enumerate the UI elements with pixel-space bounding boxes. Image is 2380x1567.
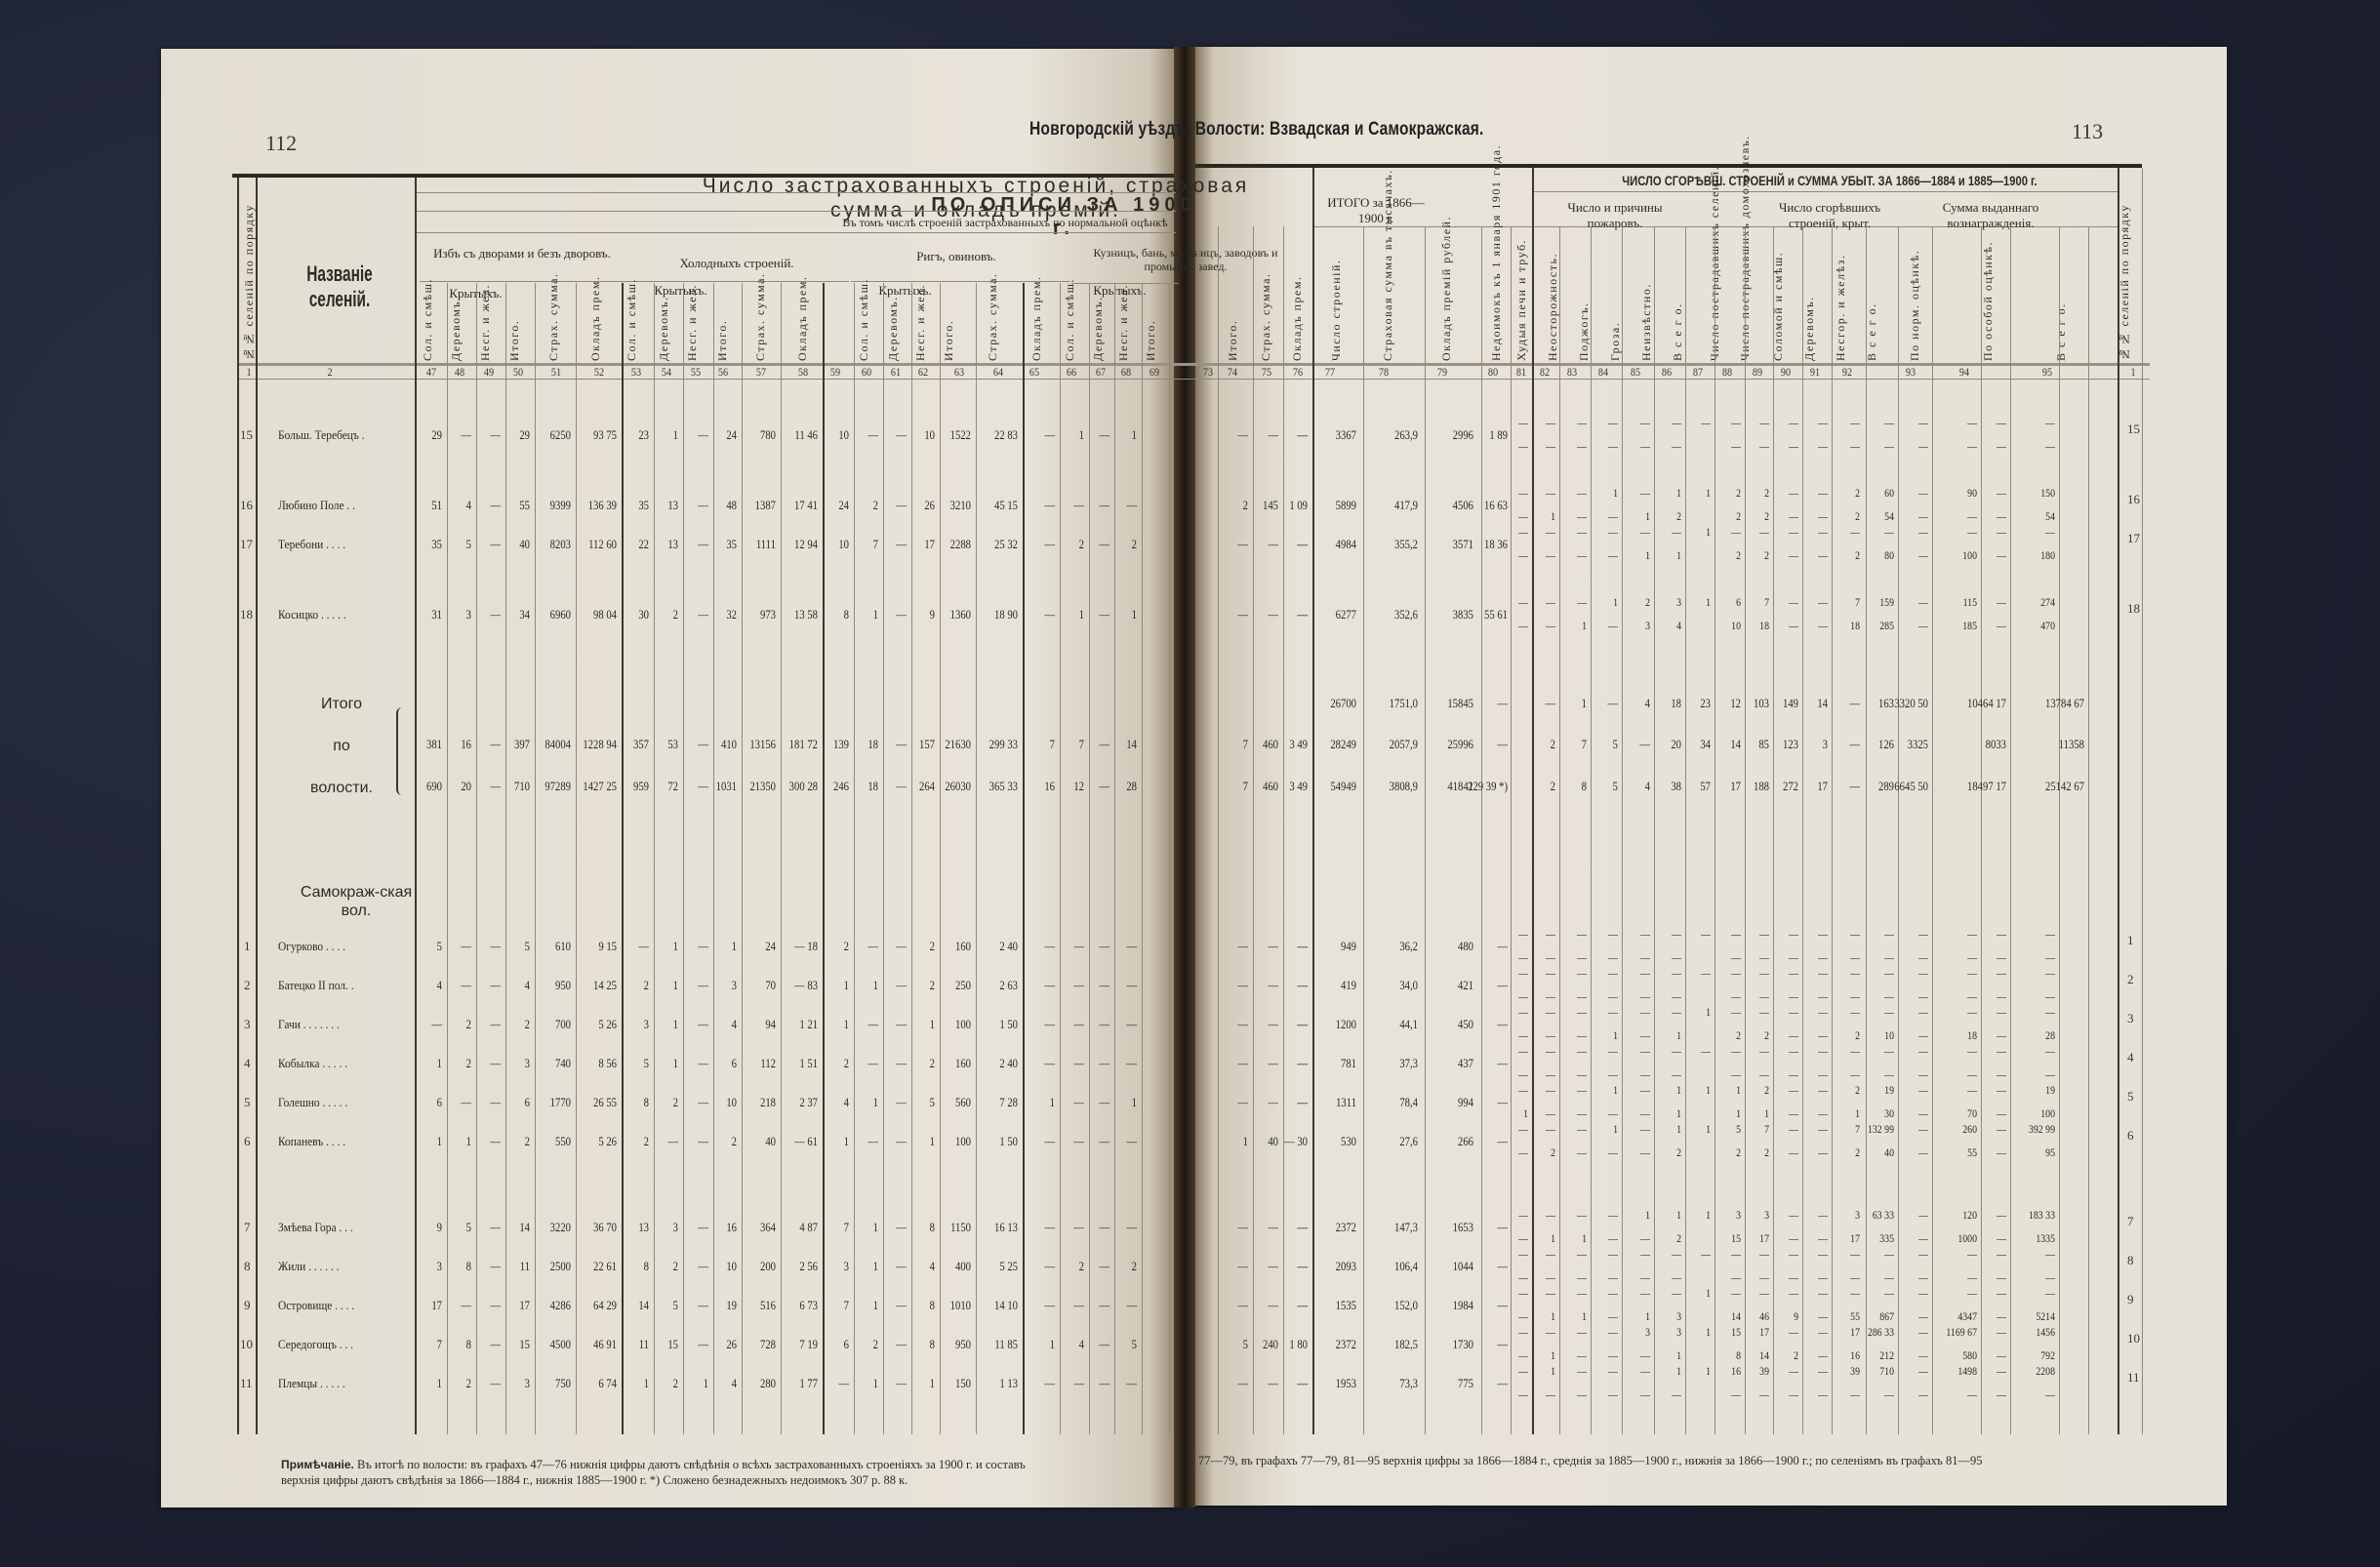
- column-header: В с е г о.: [1671, 244, 1685, 361]
- column-header: Поджогъ.: [1577, 244, 1592, 361]
- row-number: 7: [244, 1220, 251, 1235]
- building-value: —: [1074, 1017, 1137, 1032]
- itogo-value: 182,5: [1355, 1337, 1418, 1352]
- footnote-text: Въ итогѣ по волости: въ графахъ 47—76 ни…: [357, 1458, 1026, 1471]
- sub-krytykh: Крытыхъ.: [859, 283, 951, 299]
- column-header: Итого.: [1226, 293, 1240, 361]
- fires-value-lower: —: [1993, 950, 2055, 965]
- column-number: 58: [793, 365, 813, 380]
- hdr-sep: [415, 211, 1176, 212]
- total-itogo: 1751,0: [1355, 696, 1418, 711]
- row-number-right: 5: [2127, 1089, 2134, 1105]
- row-number-right: 1: [2127, 933, 2134, 948]
- column-header: Несг. и жел.: [1116, 304, 1131, 361]
- top-rule-right: [1195, 164, 2142, 168]
- row-number-right: 18: [2127, 601, 2140, 617]
- column-number: 80: [1483, 365, 1503, 380]
- page-number-right: 113: [2072, 119, 2103, 144]
- column-divider: [1283, 226, 1284, 1434]
- itogo-value: 36,2: [1355, 939, 1418, 954]
- column-divider: [1425, 226, 1426, 1434]
- column-number: 82: [1535, 365, 1554, 380]
- itogo-value: 263,9: [1355, 427, 1418, 443]
- fires-value-upper: —: [1993, 1005, 2055, 1020]
- causes-group: Число и причины пожаровъ.: [1547, 200, 1683, 230]
- column-number: 67: [1091, 365, 1110, 380]
- total-itogo: 3808,9: [1355, 779, 1418, 794]
- reward-group: Сумма выданнаго вознагражденія.: [1913, 200, 2069, 230]
- column-number: 92: [1837, 365, 1857, 380]
- building-value: —: [1074, 1134, 1137, 1149]
- row-number-right: 17: [2127, 531, 2140, 546]
- row-number: 10: [240, 1337, 253, 1352]
- column-header: Итого.: [1144, 304, 1158, 361]
- column-header: Страх. сумма.: [986, 304, 1000, 361]
- column-header: По особой оцѣнкѣ.: [1981, 244, 1996, 361]
- fires-value-lower: 1: [1619, 548, 1681, 563]
- column-number: 91: [1805, 365, 1825, 380]
- fires-value-upper: —: [1993, 927, 2055, 942]
- itogo-value: 6277: [1294, 607, 1356, 623]
- fires-value-lower: —: [1619, 439, 1681, 454]
- footnote-line1-right: 77—79, въ графахъ 77—79, 81—95 верхнія ц…: [1198, 1454, 1983, 1468]
- itogo-value: 949: [1294, 939, 1356, 954]
- column-header: Несгор. и желѣз.: [1834, 244, 1848, 361]
- row-number: 8: [244, 1259, 251, 1274]
- column-header: Деревомъ.: [657, 304, 671, 361]
- column-number: 69: [1145, 365, 1164, 380]
- column-number: 1: [2123, 365, 2143, 380]
- column-number: 48: [450, 365, 469, 380]
- itogo-value: 417,9: [1355, 498, 1418, 513]
- total-fires: 3320 50: [1866, 696, 1928, 711]
- group-rigi: Ригъ, овиновъ.: [859, 249, 1054, 264]
- fires-value-lower: 470: [1993, 619, 2055, 633]
- column-number: 90: [1776, 365, 1795, 380]
- column-number: 50: [508, 365, 528, 380]
- column-number: 73: [1198, 365, 1218, 380]
- village-name: Теребони . . . .: [278, 537, 345, 552]
- row-number-right: 3: [2127, 1011, 2134, 1026]
- row-number-right: 8: [2127, 1253, 2134, 1268]
- row-number: 6: [244, 1134, 251, 1149]
- column-number: 65: [1025, 365, 1044, 380]
- row-number: 1: [244, 939, 251, 954]
- fires-value-upper: 392 99: [1993, 1122, 2055, 1137]
- fires-value-lower: 4: [1619, 619, 1681, 633]
- total-itogo: 28249: [1294, 737, 1356, 752]
- column-header: Страх. сумма.: [753, 304, 768, 361]
- fires-value-lower: —: [1619, 1067, 1681, 1082]
- itogo-value: 2093: [1294, 1259, 1356, 1274]
- itogo-value: 2372: [1294, 1337, 1356, 1352]
- totals-label-1: Итого: [293, 695, 390, 714]
- footnote-line1: Примѣчаніе. Въ итогѣ по волости: въ граф…: [281, 1458, 1026, 1472]
- fires-value-upper: 1456: [1993, 1325, 2055, 1340]
- column-number: 64: [988, 365, 1008, 380]
- column-number: 93: [1901, 365, 1920, 380]
- column-divider: [1312, 168, 1314, 1434]
- building-value: —: [1074, 1298, 1137, 1313]
- hdr-sep: [415, 232, 1176, 233]
- column-header: Деревомъ.: [886, 304, 901, 361]
- column-number: 63: [949, 365, 969, 380]
- village-name: Голешно . . . . .: [278, 1095, 347, 1110]
- total-fires: 6645 50: [1866, 779, 1928, 794]
- fires-value-upper: 274: [1993, 595, 2055, 610]
- row-number: 17: [240, 537, 253, 552]
- column-header: Страховая сумма въ тысячахъ.: [1381, 239, 1395, 361]
- column-number: 81: [1512, 365, 1531, 380]
- hdr-sep: [1532, 191, 2118, 192]
- itogo-value: 34,0: [1355, 978, 1418, 993]
- village-name: Змѣева Гора . . .: [278, 1220, 353, 1235]
- column-divider: [1198, 226, 1199, 1434]
- footnote-label: Примѣчаніе.: [281, 1458, 354, 1471]
- fires-value-upper: —: [1993, 966, 2055, 981]
- row-number-right: 15: [2127, 422, 2140, 437]
- fires-value-lower: —: [1993, 1067, 2055, 1082]
- column-number: 1: [239, 365, 259, 380]
- building-value: —: [1074, 939, 1137, 954]
- itogo-value: 530: [1294, 1134, 1356, 1149]
- row-number: 11: [240, 1376, 253, 1391]
- fires-value-upper: 183 33: [1993, 1208, 2055, 1223]
- row-number-header: №№ селеній по порядку: [242, 190, 257, 361]
- itogo-value: 4984: [1294, 537, 1356, 552]
- row-number: 18: [240, 607, 253, 623]
- footnote-line2: верхнія цифры даютъ свѣдѣнія за 1866—188…: [281, 1473, 908, 1488]
- fires-value-upper: —: [1993, 1044, 2055, 1059]
- column-divider: [1142, 283, 1143, 1434]
- village-name: Любино Поле . .: [278, 498, 355, 513]
- total-building: 14: [1074, 737, 1137, 752]
- fires-value-upper: —: [1993, 416, 2055, 430]
- fires-value-lower: —: [1619, 989, 1681, 1004]
- column-header: Итого.: [507, 304, 522, 361]
- column-number: 75: [1257, 365, 1276, 380]
- column-header: Окладъ прем.: [588, 304, 603, 361]
- column-number: 68: [1116, 365, 1136, 380]
- running-title: Новгородскій уѣздъ. Волости: Взвадская и…: [1029, 119, 1484, 141]
- totals-label-2: по: [293, 737, 390, 756]
- village-name: Гачи . . . . . . .: [278, 1017, 340, 1032]
- fires-value-lower: 5214: [1993, 1309, 2055, 1324]
- totals-label-3: волости.: [293, 779, 390, 798]
- itogo-value: 78,4: [1355, 1095, 1418, 1110]
- fires-value-upper: —: [1993, 1286, 2055, 1301]
- itogo-value: 147,3: [1355, 1220, 1418, 1235]
- fires-value-lower: 792: [1993, 1348, 2055, 1363]
- total-fires: 18497 17: [1944, 779, 2006, 794]
- column-number: 84: [1593, 365, 1613, 380]
- column-header: Итого.: [942, 304, 956, 361]
- column-number: 54: [657, 365, 676, 380]
- table-subheader: Въ томъ числѣ строеній застрахованныхъ п…: [820, 216, 1190, 229]
- page-number-left: 112: [265, 131, 297, 156]
- column-number: 53: [626, 365, 646, 380]
- fires-value-lower: 2: [1619, 1231, 1681, 1246]
- column-number: 95: [2037, 365, 2057, 380]
- total-fires: 25142 67: [2022, 779, 2084, 794]
- column-divider: [2142, 168, 2143, 1434]
- column-header: Неосторожность.: [1546, 244, 1560, 361]
- itogo-value: 1311: [1294, 1095, 1356, 1110]
- building-value: —: [1074, 1376, 1137, 1391]
- village-name: Середогощъ . . .: [278, 1337, 353, 1352]
- row-number-header-right: №№ селеній по порядку: [2118, 190, 2132, 361]
- building-value: 1: [1074, 427, 1137, 443]
- column-header: Деревомъ.: [1091, 304, 1106, 361]
- fires-value-lower: —: [1619, 1270, 1681, 1285]
- building-value: 1: [1074, 607, 1137, 623]
- fires-value-lower: 1: [1619, 1348, 1681, 1363]
- column-header: Деревомъ.: [449, 304, 464, 361]
- burned-group: Число сгорѣвшихъ строеній, крыт.: [1756, 200, 1903, 230]
- itogo-value: 355,2: [1355, 537, 1418, 552]
- column-header: Итого.: [715, 304, 730, 361]
- column-header: Число строеній.: [1329, 239, 1344, 361]
- total-itogo: 2057,9: [1355, 737, 1418, 752]
- building-value: 2: [1074, 537, 1137, 552]
- column-divider: [1253, 226, 1254, 1434]
- column-header: Недоимокъ къ 1 января 1901 года.: [1489, 205, 1504, 361]
- row-number: 2: [244, 978, 251, 993]
- building-value: —: [1074, 1220, 1137, 1235]
- fires-value-lower: 1: [1619, 1106, 1681, 1121]
- column-divider: [1218, 226, 1219, 1434]
- total-itogo: 26700: [1294, 696, 1356, 711]
- column-number: 79: [1432, 365, 1452, 380]
- column-number: 66: [1062, 365, 1081, 380]
- fires-value-lower: 95: [1993, 1145, 2055, 1160]
- village-name: Кобылка . . . . .: [278, 1056, 347, 1071]
- column-header: Неизвѣстно.: [1639, 244, 1654, 361]
- itogo-value: 152,0: [1355, 1298, 1418, 1313]
- column-number: 77: [1320, 365, 1340, 380]
- row-number-right: 7: [2127, 1214, 2134, 1229]
- itogo-value: 352,6: [1355, 607, 1418, 623]
- column-number: 76: [1288, 365, 1308, 380]
- row-number: 16: [240, 498, 253, 513]
- village-name: Копаневъ . . . .: [278, 1134, 345, 1149]
- row-number: 15: [240, 427, 253, 443]
- itogo-group: ИТОГО за 1866—1900 г.: [1317, 195, 1434, 225]
- column-header: Сол. и смѣш.: [857, 304, 871, 361]
- itogo-value: 1953: [1294, 1376, 1356, 1391]
- column-number: 62: [913, 365, 933, 380]
- fires-value-lower: 3: [1619, 1309, 1681, 1324]
- column-number: 60: [857, 365, 876, 380]
- row-number-right: 11: [2127, 1370, 2140, 1386]
- fires-value-lower: —: [1993, 989, 2055, 1004]
- column-divider: [2088, 226, 2089, 1434]
- column-number: 52: [589, 365, 609, 380]
- column-header: Окладъ премій рублей.: [1439, 239, 1454, 361]
- column-number: 47: [422, 365, 441, 380]
- village-name: Больш. Теребецъ .: [278, 427, 365, 443]
- row-number-right: 2: [2127, 972, 2134, 987]
- itogo-value: 3367: [1294, 427, 1356, 443]
- column-divider: [1169, 283, 1170, 1434]
- hdr-sep: [415, 192, 1176, 193]
- column-header: Окладъ прем.: [1290, 293, 1305, 361]
- village-name-header: Названіе селеній.: [278, 261, 401, 313]
- building-value: —: [1074, 978, 1137, 993]
- column-header: Сол. и смѣш.: [1063, 304, 1077, 361]
- fires-value-lower: —: [1619, 1387, 1681, 1402]
- column-header: Несг. и жел.: [913, 304, 928, 361]
- fires-value-upper: —: [1993, 1247, 2055, 1262]
- itogo-value: 27,6: [1355, 1134, 1418, 1149]
- column-number: 56: [713, 365, 733, 380]
- fires-value-lower: —: [1619, 950, 1681, 965]
- total-fires: 3325: [1866, 737, 1928, 752]
- column-header: Окладъ прем.: [1029, 304, 1044, 361]
- column-header: Несг. и жел.: [478, 304, 493, 361]
- row-number: 9: [244, 1298, 251, 1313]
- itogo-value: 2372: [1294, 1220, 1356, 1235]
- total-fires: 8033: [1944, 737, 2006, 752]
- column-divider: [2059, 226, 2060, 1434]
- column-header: Сол. и смѣш.: [421, 304, 435, 361]
- column-number: 89: [1748, 365, 1767, 380]
- group-izby: Избъ съ дворами и безъ дворовъ.: [429, 246, 615, 261]
- building-value: —: [1074, 1056, 1137, 1071]
- row-number: 4: [244, 1056, 251, 1071]
- column-divider: [415, 178, 417, 1434]
- column-number: 59: [826, 365, 845, 380]
- column-divider: [1363, 226, 1364, 1434]
- village-name: Огурково . . . .: [278, 939, 345, 954]
- total-fires: 13784 67: [2022, 696, 2084, 711]
- column-number: 85: [1626, 365, 1645, 380]
- column-number: 87: [1688, 365, 1708, 380]
- fires-value-lower: —: [1993, 439, 2055, 454]
- row-number-right: 6: [2127, 1128, 2134, 1144]
- fires-value-upper: —: [1993, 525, 2055, 540]
- fires-value-lower: 2: [1619, 509, 1681, 524]
- row-number-right: 16: [2127, 492, 2140, 507]
- column-header: Страх. сумма.: [1259, 293, 1273, 361]
- column-number: 94: [1955, 365, 1974, 380]
- fires-value-lower: 1335: [1993, 1231, 2055, 1246]
- building-value: —: [1074, 498, 1137, 513]
- column-header: Сол. и смѣш.: [625, 304, 639, 361]
- fires-value-lower: 54: [1993, 509, 2055, 524]
- row-number: 5: [244, 1095, 251, 1110]
- group-cold: Холодныхъ строеній.: [634, 256, 839, 271]
- fires-value-lower: 2: [1619, 1145, 1681, 1160]
- column-number: 83: [1562, 365, 1582, 380]
- column-header: По норм. оцѣнкѣ.: [1908, 244, 1922, 361]
- building-value: 1: [1074, 1095, 1137, 1110]
- column-number: 49: [479, 365, 499, 380]
- group-kuznits: Кузницъ, бань, мельницъ, заводовъ и пром…: [1073, 246, 1298, 274]
- column-number: 86: [1657, 365, 1676, 380]
- column-header: Гроза.: [1608, 244, 1623, 361]
- itogo-value: 1200: [1294, 1017, 1356, 1032]
- column-number: 57: [751, 365, 771, 380]
- fires-value-lower: —: [1993, 1270, 2055, 1285]
- column-number: 74: [1223, 365, 1242, 380]
- itogo-value: 44,1: [1355, 1017, 1418, 1032]
- column-number: 2: [320, 365, 340, 380]
- row-number-right: 4: [2127, 1050, 2134, 1065]
- fires-value-upper: 2208: [1993, 1364, 2055, 1379]
- village-name: Жили . . . . . .: [278, 1259, 340, 1274]
- column-number: 78: [1374, 365, 1393, 380]
- column-header: Деревомъ.: [1802, 244, 1817, 361]
- total-fires: 11358: [2022, 737, 2084, 752]
- column-number: 55: [686, 365, 706, 380]
- village-name: Косицко . . . . .: [278, 607, 346, 623]
- building-value: 2: [1074, 1259, 1137, 1274]
- column-header: Окладъ прем.: [795, 304, 810, 361]
- column-number: 51: [546, 365, 566, 380]
- row-number-right: 9: [2127, 1292, 2134, 1307]
- column-number: 88: [1717, 365, 1737, 380]
- row-number-right: 10: [2127, 1331, 2140, 1346]
- fires-value-lower: 180: [1993, 548, 2055, 563]
- itogo-value: 5899: [1294, 498, 1356, 513]
- itogo-value: 419: [1294, 978, 1356, 993]
- village-name: Батецко II пол. .: [278, 978, 354, 993]
- fires-value-lower: —: [1993, 1387, 2055, 1402]
- column-divider: [2118, 168, 2119, 1434]
- row-number: 3: [244, 1017, 251, 1032]
- column-header: Страх. сумма.: [546, 304, 561, 361]
- hdr-sep: [625, 281, 849, 282]
- building-value: 5: [1074, 1337, 1137, 1352]
- fires-value-lower: 100: [1993, 1106, 2055, 1121]
- fires-value-upper: 19: [1993, 1083, 2055, 1098]
- fires-value-upper: 150: [1993, 486, 2055, 501]
- itogo-value: 73,3: [1355, 1376, 1418, 1391]
- itogo-value: 37,3: [1355, 1056, 1418, 1071]
- total-fires: 10464 17: [1944, 696, 2006, 711]
- section-samokrazh: Самокраж-ская вол.: [293, 883, 420, 920]
- column-header: В с е г о.: [2054, 244, 2069, 361]
- itogo-value: 106,4: [1355, 1259, 1418, 1274]
- fires-title: ЧИСЛО СГОРѢВШ. СТРОЕНІЙ и СУММА УБЫТ. ЗА…: [1595, 173, 2064, 189]
- column-number: 61: [886, 365, 906, 380]
- village-name: Островище . . . .: [278, 1298, 354, 1313]
- column-header: Худыя печи и труб.: [1514, 244, 1529, 361]
- itogo-value: 1535: [1294, 1298, 1356, 1313]
- itogo-value: 781: [1294, 1056, 1356, 1071]
- total-building: 28: [1074, 779, 1137, 794]
- fires-value-lower: 1: [1619, 1028, 1681, 1043]
- fires-value-lower: 28: [1993, 1028, 2055, 1043]
- column-header: Несг. и жел.: [685, 304, 700, 361]
- village-name: Племцы . . . . .: [278, 1376, 345, 1391]
- column-header: В с е г о.: [1865, 244, 1879, 361]
- total-itogo: 54949: [1294, 779, 1356, 794]
